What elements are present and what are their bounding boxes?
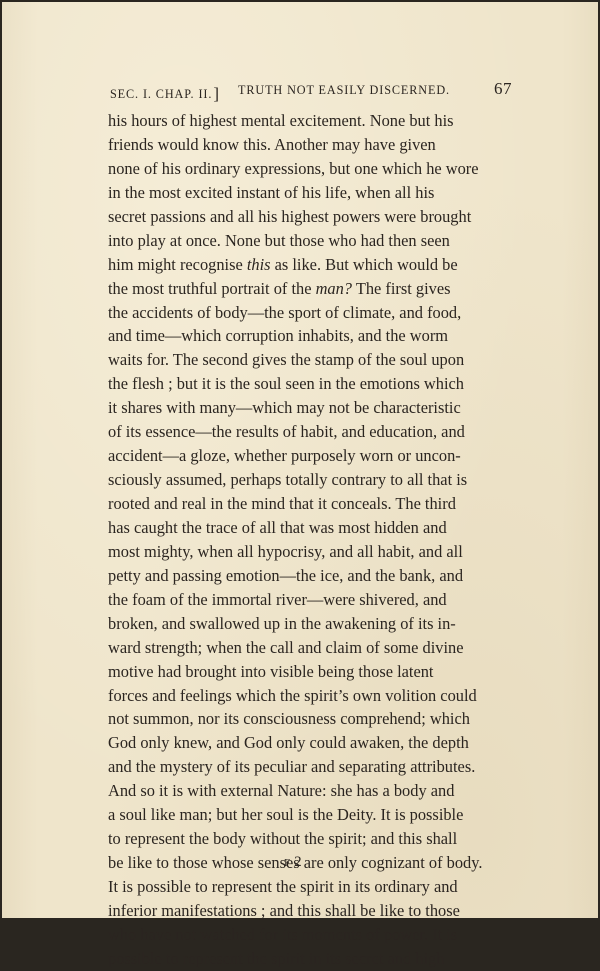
text-line: in the most excited instant of his life,… <box>108 181 512 205</box>
text-line: be like to those whose senses are only c… <box>108 851 512 875</box>
text-line: secret passions and all his highest powe… <box>108 205 512 229</box>
book-page: SEC. I. CHAP. II.] TRUTH NOT EASILY DISC… <box>2 2 598 918</box>
text-line: into play at once. None but those who ha… <box>108 229 512 253</box>
text-segment: the most truthful portrait of the <box>108 279 316 298</box>
text-line: motive had brought into visible being th… <box>108 660 512 684</box>
text-line: ward strength; when the call and claim o… <box>108 636 512 660</box>
text-line: and the mystery of its peculiar and sepa… <box>108 755 512 779</box>
text-line: sciously assumed, perhaps totally contra… <box>108 468 512 492</box>
signature-number: 2 <box>294 854 305 870</box>
text-line: to represent the body without the spirit… <box>108 827 512 851</box>
text-line: the flesh ; but it is the soul seen in t… <box>108 372 512 396</box>
body-text: his hours of highest mental excitement. … <box>108 109 512 920</box>
section-chapter-label: SEC. I. CHAP. II.] <box>110 83 220 103</box>
page-number: 67 <box>494 79 512 99</box>
text-line: And so it is with external Nature: she h… <box>108 779 512 803</box>
text-line: rooted and real in the mind that it conc… <box>108 492 512 516</box>
text-line: has caught the trace of all that was mos… <box>108 516 512 540</box>
text-line: none of his ordinary expressions, but on… <box>108 157 512 181</box>
text-line: him might recognise this as like. But wh… <box>108 253 512 277</box>
text-line: accident—a gloze, whether purposely worn… <box>108 444 512 468</box>
text-line: inferior manifestations ; and this shall… <box>108 899 512 920</box>
text-line: his hours of highest mental excitement. … <box>108 109 512 133</box>
text-line: the accidents of body—the sport of clima… <box>108 301 512 325</box>
text-line: not summon, nor its consciousness compre… <box>108 707 512 731</box>
text-segment: as like. But which would be <box>271 255 458 274</box>
text-segment: The first gives <box>352 279 450 298</box>
text-line: and time—which corruption inhabits, and … <box>108 324 512 348</box>
signature-letter: F <box>284 857 294 869</box>
italic-emphasis: man? <box>316 279 352 298</box>
text-line: the foam of the immortal river—were shiv… <box>108 588 512 612</box>
text-line: God only knew, and God only could awaken… <box>108 731 512 755</box>
printer-signature-mark: F2 <box>284 854 305 871</box>
text-segment: him might recognise <box>108 255 247 274</box>
text-line: friends would know this. Another may hav… <box>108 133 512 157</box>
italic-emphasis: this <box>247 255 271 274</box>
text-line: broken, and swallowed up in the awakenin… <box>108 612 512 636</box>
text-line: waits for. The second gives the stamp of… <box>108 348 512 372</box>
text-line: of its essence—the results of habit, and… <box>108 420 512 444</box>
text-line: forces and feelings which the spirit’s o… <box>108 684 512 708</box>
text-line: it shares with many—which may not be cha… <box>108 396 512 420</box>
running-title: TRUTH NOT EASILY DISCERNED. <box>238 83 450 98</box>
text-line: petty and passing emotion—the ice, and t… <box>108 564 512 588</box>
text-line: a soul like man; but her soul is the Dei… <box>108 803 512 827</box>
running-head: SEC. I. CHAP. II.] TRUTH NOT EASILY DISC… <box>110 78 512 102</box>
text-line: the most truthful portrait of the man? T… <box>108 277 512 301</box>
text-line: It is possible to represent the spirit i… <box>108 875 512 899</box>
text-line: most mighty, when all hypocrisy, and all… <box>108 540 512 564</box>
bracket-glyph: ] <box>213 84 220 103</box>
